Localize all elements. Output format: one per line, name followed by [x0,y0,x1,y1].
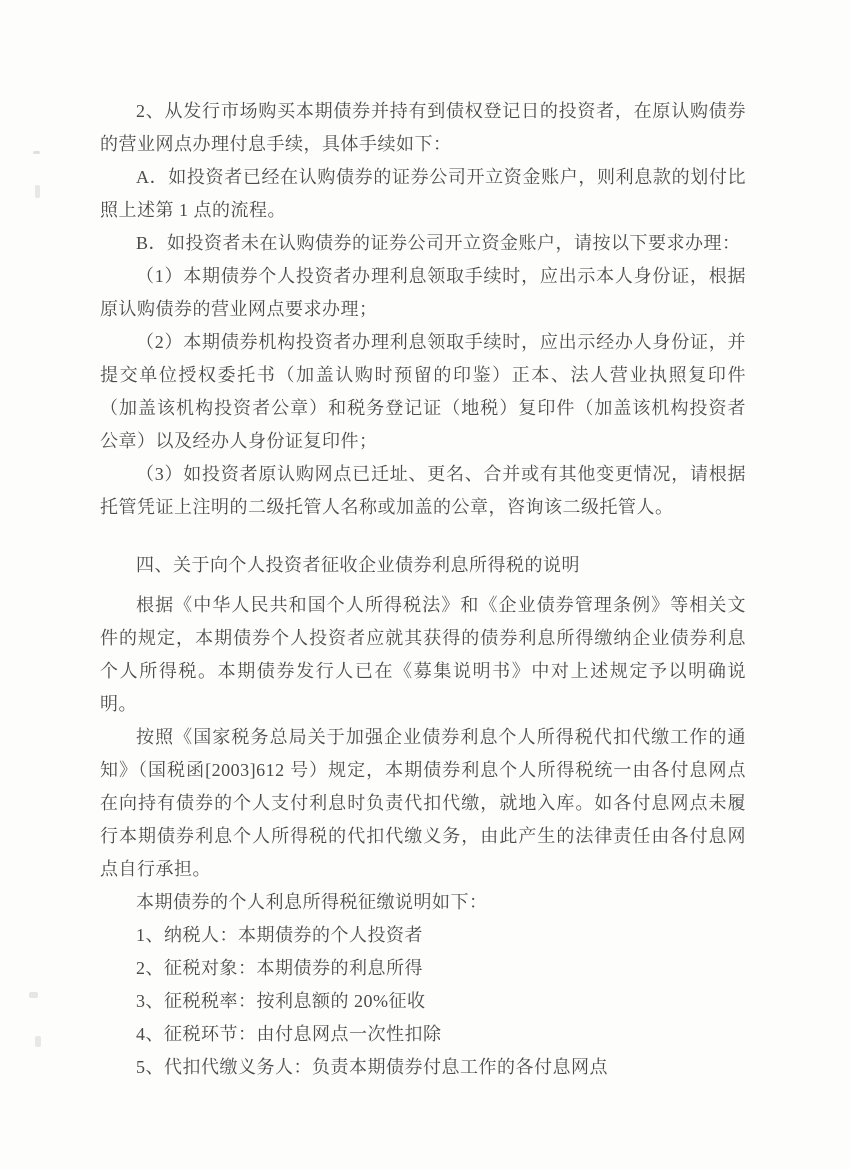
scan-artifact [33,151,40,154]
tax-item-stage: 4、征税环节：由付息网点一次性扣除 [100,1018,746,1051]
payment-paragraph-6: （3）如投资者原认购网点已迁址、更名、合并或有其他变更情况，请根据托管凭证上注明… [100,458,746,524]
scanned-document-page: 2、从发行市场购买本期债券并持有到债权登记日的投资者，在原认购债券的营业网点办理… [0,0,850,1169]
tax-item-rate: 3、征税税率：按利息额的 20%征收 [100,985,746,1018]
tax-paragraph-1: 根据《中华人民共和国个人所得税法》和《企业债券管理条例》等相关文件的规定，本期债… [100,589,746,721]
payment-paragraph-3: B．如投资者未在认购债券的证券公司开立资金账户，请按以下要求办理： [100,227,746,260]
tax-item-withholding-agent: 5、代扣代缴义务人：负责本期债券付息工作的各付息网点 [100,1051,746,1084]
tax-paragraph-2: 按照《国家税务总局关于加强企业债券利息个人所得税代扣代缴工作的通知》（国税函[2… [100,721,746,886]
tax-section-heading: 四、关于向个人投资者征收企业债券利息所得税的说明 [100,549,746,582]
tax-item-taxpayer: 1、纳税人：本期债券的个人投资者 [100,919,746,952]
document-content: 2、从发行市场购买本期债券并持有到债权登记日的投资者，在原认购债券的营业网点办理… [100,95,746,1084]
scan-artifact [35,1036,41,1047]
payment-paragraph-5: （2）本期债券机构投资者办理利息领取手续时，应出示经办人身份证，并提交单位授权委… [100,326,746,458]
scan-artifact [35,185,40,198]
scan-artifact [29,992,38,998]
payment-paragraph-4: （1）本期债券个人投资者办理利息领取手续时，应出示本人身份证，根据原认购债券的营… [100,260,746,326]
payment-paragraph-2: A．如投资者已经在认购债券的证券公司开立资金账户，则利息款的划付比照上述第 1 … [100,161,746,227]
tax-paragraph-3: 本期债券的个人利息所得税征缴说明如下： [100,886,746,919]
tax-item-object: 2、征税对象：本期债券的利息所得 [100,952,746,985]
payment-paragraph-1: 2、从发行市场购买本期债券并持有到债权登记日的投资者，在原认购债券的营业网点办理… [100,95,746,161]
